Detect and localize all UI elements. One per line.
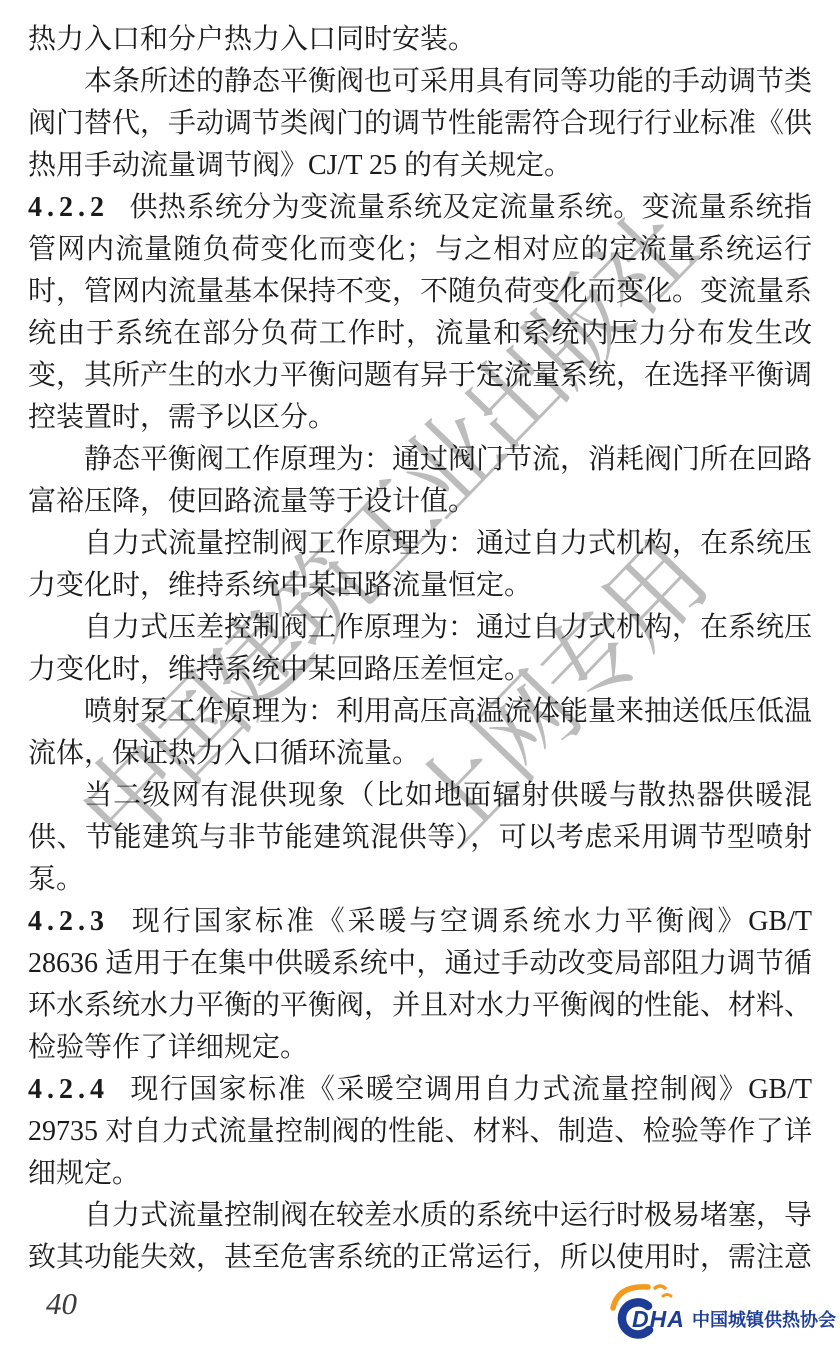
- paragraph-text: 热力入口和分户热力入口同时安装。: [28, 24, 476, 55]
- paragraph: 静态平衡阀工作原理为：通过阀门节流，消耗阀门所在回路富裕压降，使回路流量等于设计…: [28, 439, 812, 523]
- paragraph-text: 自力式流量控制阀工作原理为：通过自力式机构，在系统压力变化时，维持系统中某回路流…: [28, 528, 812, 601]
- paragraph-text: 自力式压差控制阀工作原理为：通过自力式机构，在系统压力变化时，维持系统中某回路压…: [28, 612, 812, 685]
- clause-number: 4.2.4: [28, 1074, 109, 1105]
- paragraph-text: 喷射泵工作原理为：利用高压高温流体能量来抽送低压低温流体，保证热力入口循环流量。: [28, 696, 812, 769]
- paragraph: 本条所述的静态平衡阀也可采用具有同等功能的手动调节类阀门替代，手动调节类阀门的调…: [28, 61, 812, 187]
- clause-number: 4.2.2: [28, 192, 109, 223]
- logo-orange-tick-2: [663, 1295, 671, 1297]
- paragraph: 当二级网有混供现象（比如地面辐射供暖与散热器供暖混供、节能建筑与非节能建筑混供等…: [28, 775, 812, 901]
- paragraph: 自力式压差控制阀工作原理为：通过自力式机构，在系统压力变化时，维持系统中某回路压…: [28, 607, 812, 691]
- logo-orange-tick-1: [655, 1286, 665, 1288]
- paragraph-text: 现行国家标准《采暖与空调系统水力平衡阀》GB/T 28636 适用于在集中供暖系…: [28, 906, 812, 1063]
- paragraph-text: 本条所述的静态平衡阀也可采用具有同等功能的手动调节类阀门替代，手动调节类阀门的调…: [28, 66, 812, 181]
- paragraph: 喷射泵工作原理为：利用高压高温流体能量来抽送低压低温流体，保证热力入口循环流量。: [28, 691, 812, 775]
- body-text: 热力入口和分户热力入口同时安装。 本条所述的静态平衡阀也可采用具有同等功能的手动…: [28, 19, 812, 1279]
- cdha-logo: DHA 中国城镇供热协会: [602, 1280, 840, 1342]
- paragraph-text: 现行国家标准《采暖空调用自力式流量控制阀》GB/T 29735 对自力式流量控制…: [28, 1074, 812, 1189]
- paragraph: 自力式流量控制阀工作原理为：通过自力式机构，在系统压力变化时，维持系统中某回路流…: [28, 523, 812, 607]
- paragraph-text: 静态平衡阀工作原理为：通过阀门节流，消耗阀门所在回路富裕压降，使回路流量等于设计…: [28, 444, 812, 517]
- association-name: 中国城镇供热协会: [692, 1306, 836, 1332]
- paragraph-text: 自力式流量控制阀在较差水质的系统中运行时极易堵塞，导致其功能失效，甚至危害系统的…: [28, 1200, 812, 1273]
- clause-number: 4.2.3: [28, 906, 109, 937]
- cdha-logo-icon: DHA: [602, 1280, 692, 1342]
- clause-4-2-4: 4.2.4现行国家标准《采暖空调用自力式流量控制阀》GB/T 29735 对自力…: [28, 1069, 812, 1195]
- clause-4-2-3: 4.2.3现行国家标准《采暖与空调系统水力平衡阀》GB/T 28636 适用于在…: [28, 901, 812, 1069]
- paragraph-text: 当二级网有混供现象（比如地面辐射供暖与散热器供暖混供、节能建筑与非节能建筑混供等…: [28, 780, 812, 895]
- document-page: 中国建筑工业出版社 上网专用 热力入口和分户热力入口同时安装。 本条所述的静态平…: [0, 0, 840, 1348]
- page-number: 40: [46, 1286, 77, 1322]
- clause-4-2-2: 4.2.2供热系统分为变流量系统及定流量系统。变流量系统指管网内流量随负荷变化而…: [28, 187, 812, 439]
- paragraph-text: 供热系统分为变流量系统及定流量系统。变流量系统指管网内流量随负荷变化而变化；与之…: [28, 192, 812, 433]
- dha-acronym: DHA: [632, 1306, 685, 1332]
- paragraph: 自力式流量控制阀在较差水质的系统中运行时极易堵塞，导致其功能失效，甚至危害系统的…: [28, 1195, 812, 1279]
- paragraph-continuation: 热力入口和分户热力入口同时安装。: [28, 19, 812, 61]
